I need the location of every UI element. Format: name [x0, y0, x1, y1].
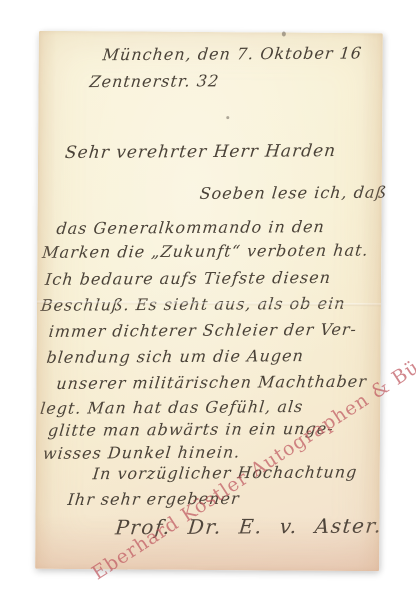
place-date-line: München, den 7. Oktober 16 [102, 43, 363, 64]
body-line: Soeben lese ich, daß [199, 183, 388, 203]
signature-line: Prof. Dr. E. v. Aster. [114, 513, 383, 539]
letter-paper: München, den 7. Oktober 16 Zentnerstr. 3… [35, 31, 383, 571]
body-line: Ich bedaure aufs Tiefste diesen [44, 268, 332, 289]
salutation-line: Sehr verehrter Herr Harden [64, 141, 337, 163]
body-line: glitte man abwärts in ein unge- [47, 419, 334, 440]
letter-photo: München, den 7. Oktober 16 Zentnerstr. 3… [0, 0, 416, 605]
paper-speck [282, 32, 286, 37]
body-line: Beschluß. Es sieht aus, als ob ein [40, 294, 346, 315]
body-line: immer dichterer Schleier der Ver- [48, 320, 358, 341]
body-line: blendung sich um die Augen [46, 346, 305, 367]
body-line: Marken die „Zukunft“ verboten hat. [41, 241, 369, 262]
body-line: das Generalkommando in den [56, 217, 326, 238]
paper-speck [226, 116, 229, 119]
closing-line: Ihr sehr ergebener [67, 489, 241, 509]
closing-line: In vorzüglicher Hochachtung [92, 462, 359, 483]
street-line: Zentnerstr. 32 [89, 71, 221, 91]
body-line: unserer militärischen Machthaber [55, 372, 367, 393]
body-line: wisses Dunkel hinein. [42, 442, 241, 462]
body-line: legt. Man hat das Gefühl, als [39, 397, 304, 418]
